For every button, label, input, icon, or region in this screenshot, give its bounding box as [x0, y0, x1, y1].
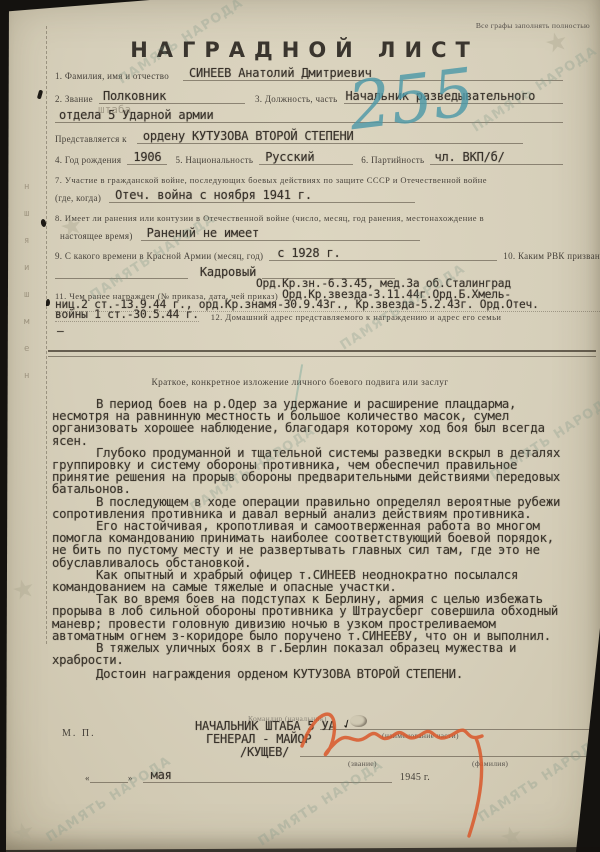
bleed-mark: м	[24, 317, 29, 327]
citation-paragraph: В тяжелых уличных боях в г.Берлин показа…	[52, 642, 566, 666]
field-row-11-line3: войны 1 ст.-30.5.44 г. 12. Домашний адре…	[55, 309, 600, 322]
ruled-line	[349, 258, 498, 261]
citation-paragraph: Его настойчивая, кропотливая и самоотвер…	[52, 520, 566, 569]
top-note: Все графы заполнять полностью	[476, 15, 590, 33]
bleed-mark: ш	[24, 209, 29, 219]
handwritten-number: 255	[340, 42, 480, 147]
field-11-value-line3: войны 1 ст.-30.5.44 г.	[55, 309, 199, 322]
field-12-value: —	[57, 325, 64, 338]
field-4-value: 1906	[127, 150, 167, 165]
signer-name: /КУЩЕВ/	[240, 745, 289, 759]
top-note-text: Все графы заполнять полностью	[476, 21, 590, 30]
field-10-value: Кадровый	[194, 265, 262, 279]
bleed-mark: н	[24, 182, 29, 192]
citation-paragraph: Так во время боев на подступах к Берлину…	[52, 593, 566, 642]
field-8-label-line1: 8. Имеет ли ранения или контузии в Отече…	[55, 213, 484, 223]
field-row-4-5-6: 4. Год рождения 1906 5. Национальность Р…	[55, 150, 563, 165]
field-row-8b: настоящее время) Ранений не имеет	[60, 226, 420, 241]
bleed-mark: и	[24, 263, 29, 273]
field-5-value: Русский	[259, 150, 353, 165]
field-row-12-value: —	[57, 325, 97, 338]
present-label: Представляется к	[55, 134, 127, 144]
citation-conclusion: Достоин награждения орденом КУТУЗОВА ВТО…	[52, 668, 566, 680]
document-title: НАГРАДНОЙ ЛИСТ	[0, 38, 600, 62]
field-6-value: чл. ВКП/б/	[430, 150, 563, 165]
field-row-2-3: 2. Звание Полковник 3. Должность, часть …	[55, 89, 563, 104]
citation-paragraph: Как опытный и храбрый офицер т.СИНЕЕВ не…	[52, 569, 566, 593]
field-7-label-line1: 7. Участие в гражданской войне, последую…	[55, 175, 487, 185]
scanned-award-sheet: ★ ★ ★ ★ ★ н ш я и ш м е н штаба Все граф…	[0, 0, 600, 852]
field-row-7b: (где, когда) Отеч. война с ноября 1941 г…	[55, 188, 415, 203]
field-7-value: Отеч. война с ноября 1941 г.	[109, 188, 318, 203]
citation-paragraph: В последующем в ходе операции правильно …	[52, 496, 566, 520]
field-4-label: 4. Год рождения	[55, 155, 121, 165]
present-value: ордену КУТУЗОВА ВТОРОЙ СТЕПЕНИ	[137, 129, 360, 144]
bleed-mark: ш	[24, 290, 29, 300]
signature-stroke	[288, 688, 508, 840]
ruled-line	[265, 238, 420, 241]
ruled-line	[318, 200, 415, 203]
seal-placeholder-label: М. П.	[62, 728, 96, 739]
handwritten-number-text: 255	[343, 53, 478, 145]
bleed-mark: я	[24, 236, 29, 246]
field-3-value-line2: отдела 5 Ударной армии	[55, 108, 218, 123]
ink-blot	[46, 299, 50, 306]
field-row-7a: 7. Участие в гражданской войне, последую…	[55, 171, 600, 185]
field-2-label: 2. Звание	[55, 94, 93, 104]
stamp-bleed-text: штаба	[98, 103, 131, 116]
bleed-mark: н	[24, 371, 29, 381]
field-1-label: 1. Фамилия, имя и отчество	[55, 71, 169, 81]
field-12-label: 12. Домашний адрес представляемого к наг…	[211, 312, 502, 322]
field-3-label: 3. Должность, часть	[255, 94, 338, 104]
section-divider-rule	[48, 350, 596, 357]
bleed-mark: е	[24, 344, 29, 354]
field-10-label: 10. Каким РВК призван	[503, 251, 600, 261]
field-9-value: с 1928 г.	[269, 246, 348, 261]
field-6-label: 6. Партийность	[361, 155, 424, 165]
field-7-label-line2: (где, когда)	[55, 193, 101, 203]
bleed-through-marks: н ш я и ш м е н	[24, 182, 29, 381]
field-row-8a: 8. Имеет ли ранения или контузии в Отече…	[55, 209, 600, 223]
field-5-label: 5. Национальность	[175, 155, 253, 165]
fold-line	[46, 26, 47, 644]
field-2-value: Полковник	[99, 89, 245, 104]
